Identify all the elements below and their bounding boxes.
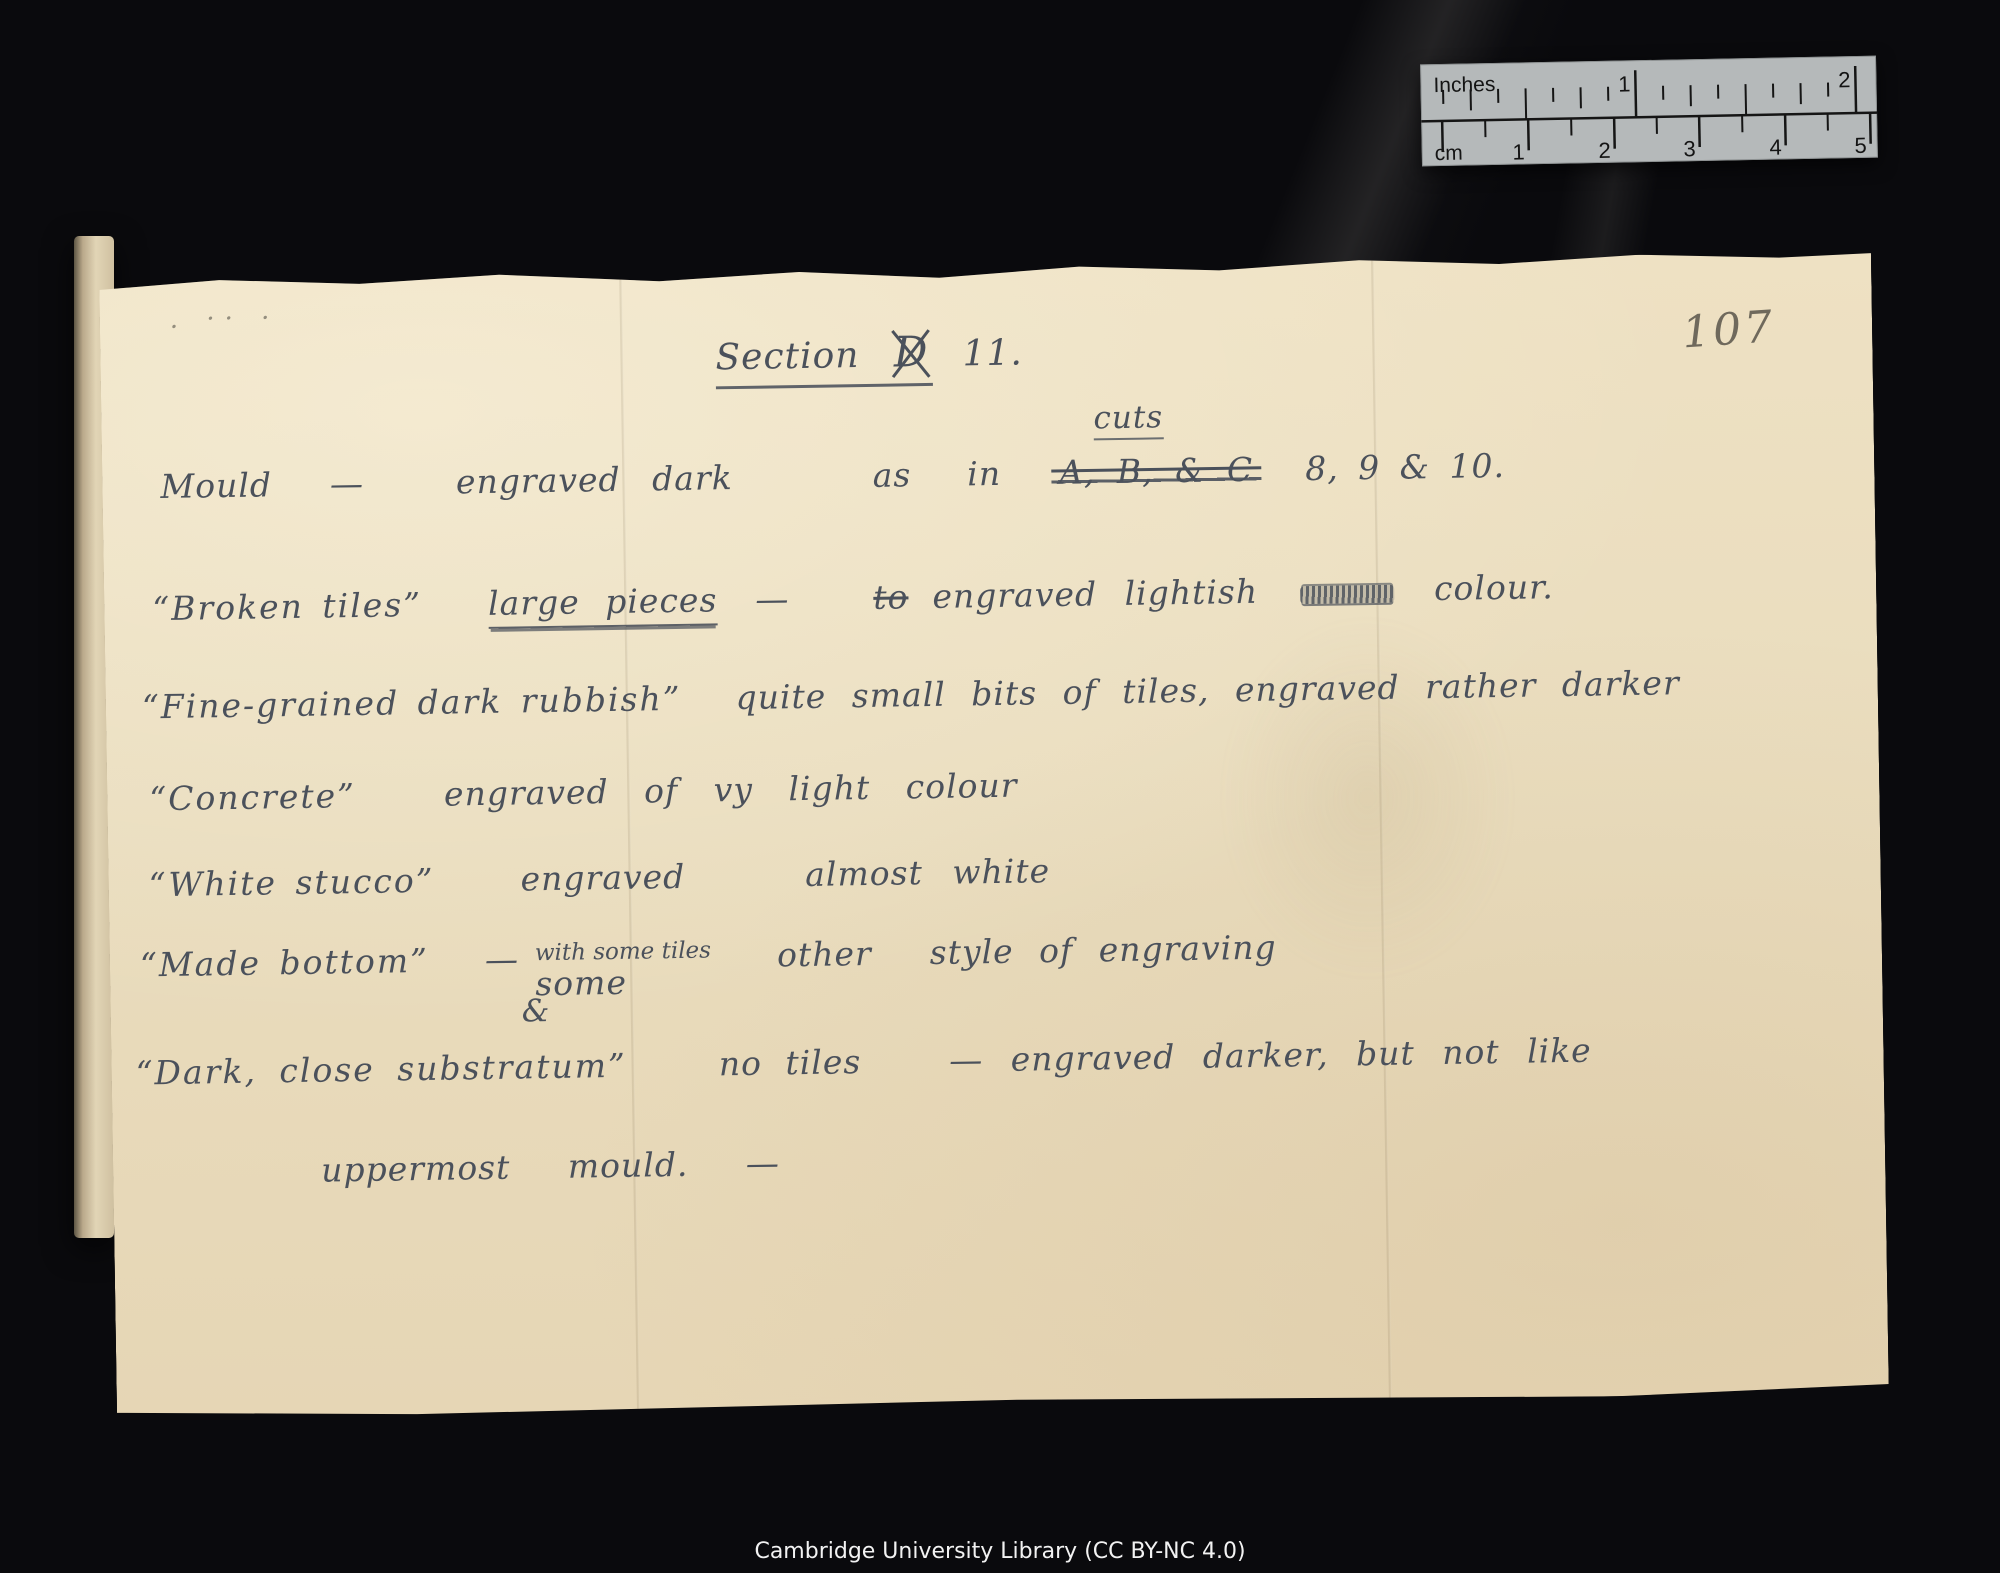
manuscript-line-mould: Mould—engraved darkasinA, B, & C8, 9 & 1… xyxy=(160,446,1505,506)
ruler-inch-1: 1 xyxy=(1618,71,1631,96)
struck-out-letter-d: D xyxy=(889,327,932,377)
substratum-body2: — engraved darker, but not like xyxy=(949,1031,1592,1080)
manuscript-line-concrete: “Concrete”engraved of vy light colour xyxy=(149,766,1018,819)
white-stucco-quoted: “White stucco” xyxy=(148,861,435,904)
manuscript-page: . ·· · 107 Section D11. cuts Mould—engra… xyxy=(99,250,1889,1420)
broken-tiles-underlined: large pieces xyxy=(488,580,718,629)
ruler-graphic: Inches cm 1 2 1 xyxy=(1420,56,1878,167)
broken-tiles-struck-to: to xyxy=(873,577,909,617)
ruler-cm-5: 5 xyxy=(1854,133,1867,158)
ruler-inch-2: 2 xyxy=(1838,67,1851,92)
white-stucco-body2: almost white xyxy=(805,851,1051,894)
mould-body3: in xyxy=(967,454,1001,494)
fine-grained-quoted: “Fine-grained dark rubbish” xyxy=(142,679,682,726)
photographed-manuscript-scene: Inches cm 1 2 1 xyxy=(0,0,2000,1573)
page-fold-crease-left xyxy=(619,270,640,1412)
title-word: Section xyxy=(715,335,860,378)
made-bottom-inserted-above: with some tiles xyxy=(535,939,712,965)
concrete-body: engraved of vy light colour xyxy=(444,766,1018,814)
ruler-cm-label: cm xyxy=(1435,142,1463,166)
mould-tail: 8, 9 & 10. xyxy=(1305,446,1505,488)
folio-number: 107 xyxy=(1681,301,1777,358)
made-bottom-quoted: “Made bottom” xyxy=(140,941,430,985)
made-bottom-inserted-below: & xyxy=(522,996,551,1027)
manuscript-line-made-bottom: “Made bottom”—with some tilessome&others… xyxy=(140,928,1278,1034)
title-number: 11. xyxy=(962,332,1023,374)
white-stucco-body1: engraved xyxy=(520,857,685,899)
ruler-cm-3: 3 xyxy=(1683,136,1696,161)
concrete-quoted: “Concrete” xyxy=(149,776,356,818)
substratum-body1: no tiles xyxy=(719,1042,862,1083)
interlinear-insert-cuts: cuts xyxy=(1093,399,1163,440)
substratum-quoted: “Dark, close substratum” xyxy=(135,1046,627,1093)
manuscript-line-white-stucco: “White stucco”engravedalmost white xyxy=(148,851,1050,904)
section-title-line: Section D11. xyxy=(715,325,1023,379)
manuscript-line-substratum-continuation: uppermost mould. — xyxy=(321,1143,780,1189)
mould-body1: engraved dark xyxy=(456,458,733,501)
made-bottom-insertion-stack: with some tilessome& xyxy=(535,939,712,1027)
manuscript-line-substratum: “Dark, close substratum”no tiles— engrav… xyxy=(135,1031,1592,1093)
ruler-cm-2: 2 xyxy=(1598,138,1611,163)
made-bottom-tail2: style of engraving xyxy=(929,928,1276,972)
mould-head: Mould xyxy=(160,465,272,506)
mould-struck-abc: A, B, & C xyxy=(1051,450,1262,492)
measurement-ruler: Inches cm 1 2 1 xyxy=(1420,56,1878,167)
mould-dash: — xyxy=(330,464,365,504)
made-bottom-dash: — xyxy=(485,939,520,979)
made-bottom-tail1: other xyxy=(777,934,872,974)
broken-tiles-quoted: “Broken tiles” xyxy=(152,585,422,628)
library-attribution: Cambridge University Library (CC BY-NC 4… xyxy=(0,1539,2000,1564)
broken-tiles-body: engraved lightish xyxy=(932,572,1258,616)
broken-tiles-tail: colour. xyxy=(1434,567,1554,608)
ruler-cm-1: 1 xyxy=(1512,139,1525,164)
title-underlined-part: Section D xyxy=(715,334,933,389)
corner-ink-marks: . ·· · xyxy=(170,303,280,335)
mould-body2: as xyxy=(872,455,911,495)
ruler-cm-4: 4 xyxy=(1769,134,1782,159)
scribbled-out-word xyxy=(1300,585,1394,604)
broken-tiles-dash: — xyxy=(755,579,790,619)
